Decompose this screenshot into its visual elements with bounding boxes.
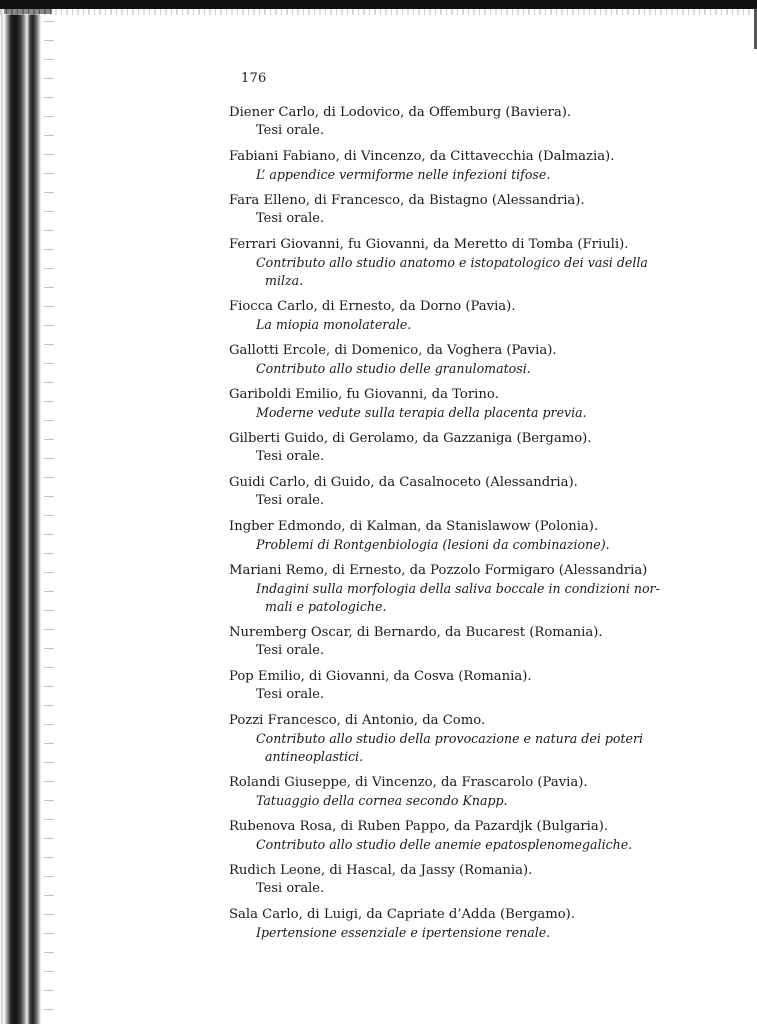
list-item: Gilberti Guido, di Gerolamo, da Gazzanig… — [229, 430, 679, 466]
list-item: Diener Carlo, di Lodovico, da Offemburg … — [229, 104, 679, 140]
entry-name: Fiocca Carlo, di Ernesto, da Dorno (Pavi… — [229, 298, 679, 316]
entry-thesis-line: Indagini sulla morfologia della saliva b… — [256, 580, 679, 598]
entry-name: Guidi Carlo, di Guido, da Casalnoceto (A… — [229, 474, 679, 492]
entry-thesis: Contributo allo studio delle granulomato… — [229, 360, 679, 378]
scan-top-noise — [0, 9, 757, 15]
entry-thesis: Tesi orale. — [229, 122, 679, 140]
list-item: Gallotti Ercole, di Domenico, da Voghera… — [229, 342, 679, 378]
list-item: Rudich Leone, di Hascal, da Jassy (Roman… — [229, 862, 679, 898]
entry-name: Gariboldi Emilio, fu Giovanni, da Torino… — [229, 386, 679, 404]
entry-thesis: Contributo allo studio anatomo e istopat… — [229, 254, 679, 290]
scan-top-border — [0, 0, 757, 9]
entry-thesis: Tesi orale. — [229, 210, 679, 228]
entry-thesis-continuation: antineoplastici. — [256, 748, 679, 766]
list-item: Nuremberg Oscar, di Bernardo, da Bucares… — [229, 624, 679, 660]
entry-thesis: Problemi di Rontgenbiologia (lesioni da … — [229, 536, 679, 554]
entry-name: Gilberti Guido, di Gerolamo, da Gazzanig… — [229, 430, 679, 448]
entry-thesis: La miopia monolaterale. — [229, 316, 679, 334]
entry-name: Diener Carlo, di Lodovico, da Offemburg … — [229, 104, 679, 122]
entry-thesis-line: Contributo allo studio anatomo e istopat… — [256, 254, 679, 272]
entry-thesis: Tesi orale. — [229, 686, 679, 704]
list-item: Guidi Carlo, di Guido, da Casalnoceto (A… — [229, 474, 679, 510]
binding-speckle — [44, 14, 54, 1024]
list-item: Rubenova Rosa, di Ruben Pappo, da Pazard… — [229, 818, 679, 854]
entry-name: Rubenova Rosa, di Ruben Pappo, da Pazard… — [229, 818, 679, 836]
list-item: Fiocca Carlo, di Ernesto, da Dorno (Pavi… — [229, 298, 679, 334]
entry-thesis-continuation: milza. — [256, 272, 679, 290]
entry-thesis: Tesi orale. — [229, 492, 679, 510]
book-binding-edge — [0, 0, 44, 1024]
list-item: Ingber Edmondo, di Kalman, da Stanislawo… — [229, 518, 679, 554]
entry-name: Ingber Edmondo, di Kalman, da Stanislawo… — [229, 518, 679, 536]
entry-thesis: Contributo allo studio della provocazion… — [229, 730, 679, 766]
entry-thesis: Tesi orale. — [229, 448, 679, 466]
graduate-list: Diener Carlo, di Lodovico, da Offemburg … — [229, 104, 679, 950]
entry-name: Mariani Remo, di Ernesto, da Pozzolo For… — [229, 562, 679, 580]
list-item: Rolandi Giuseppe, di Vincenzo, da Frasca… — [229, 774, 679, 810]
entry-thesis: Tesi orale. — [229, 642, 679, 660]
entry-thesis: Indagini sulla morfologia della saliva b… — [229, 580, 679, 616]
entry-thesis-line: Contributo allo studio della provocazion… — [256, 730, 679, 748]
list-item: Sala Carlo, di Luigi, da Capriate d’Adda… — [229, 906, 679, 942]
entry-thesis: Contributo allo studio delle anemie epat… — [229, 836, 679, 854]
entry-thesis-continuation: mali e patologiche. — [256, 598, 679, 616]
entry-name: Gallotti Ercole, di Domenico, da Voghera… — [229, 342, 679, 360]
entry-name: Rudich Leone, di Hascal, da Jassy (Roman… — [229, 862, 679, 880]
list-item: Fabiani Fabiano, di Vincenzo, da Cittave… — [229, 148, 679, 184]
entry-name: Ferrari Giovanni, fu Giovanni, da Merett… — [229, 236, 679, 254]
list-item: Ferrari Giovanni, fu Giovanni, da Merett… — [229, 236, 679, 290]
list-item: Gariboldi Emilio, fu Giovanni, da Torino… — [229, 386, 679, 422]
list-item: Pop Emilio, di Giovanni, da Cosva (Roman… — [229, 668, 679, 704]
entry-name: Pozzi Francesco, di Antonio, da Como. — [229, 712, 679, 730]
entry-name: Nuremberg Oscar, di Bernardo, da Bucares… — [229, 624, 679, 642]
list-item: Pozzi Francesco, di Antonio, da Como. Co… — [229, 712, 679, 766]
page-number: 176 — [241, 71, 266, 86]
entry-thesis: Tesi orale. — [229, 880, 679, 898]
entry-name: Fabiani Fabiano, di Vincenzo, da Cittave… — [229, 148, 679, 166]
entry-thesis: L’ appendice vermiforme nelle infezioni … — [229, 166, 679, 184]
list-item: Mariani Remo, di Ernesto, da Pozzolo For… — [229, 562, 679, 616]
entry-thesis: Ipertensione essenziale e ipertensione r… — [229, 924, 679, 942]
entry-name: Pop Emilio, di Giovanni, da Cosva (Roman… — [229, 668, 679, 686]
entry-thesis: Tatuaggio della cornea secondo Knapp. — [229, 792, 679, 810]
entry-name: Sala Carlo, di Luigi, da Capriate d’Adda… — [229, 906, 679, 924]
entry-name: Fara Elleno, di Francesco, da Bistagno (… — [229, 192, 679, 210]
entry-thesis: Moderne vedute sulla terapia della place… — [229, 404, 679, 422]
list-item: Fara Elleno, di Francesco, da Bistagno (… — [229, 192, 679, 228]
entry-name: Rolandi Giuseppe, di Vincenzo, da Frasca… — [229, 774, 679, 792]
